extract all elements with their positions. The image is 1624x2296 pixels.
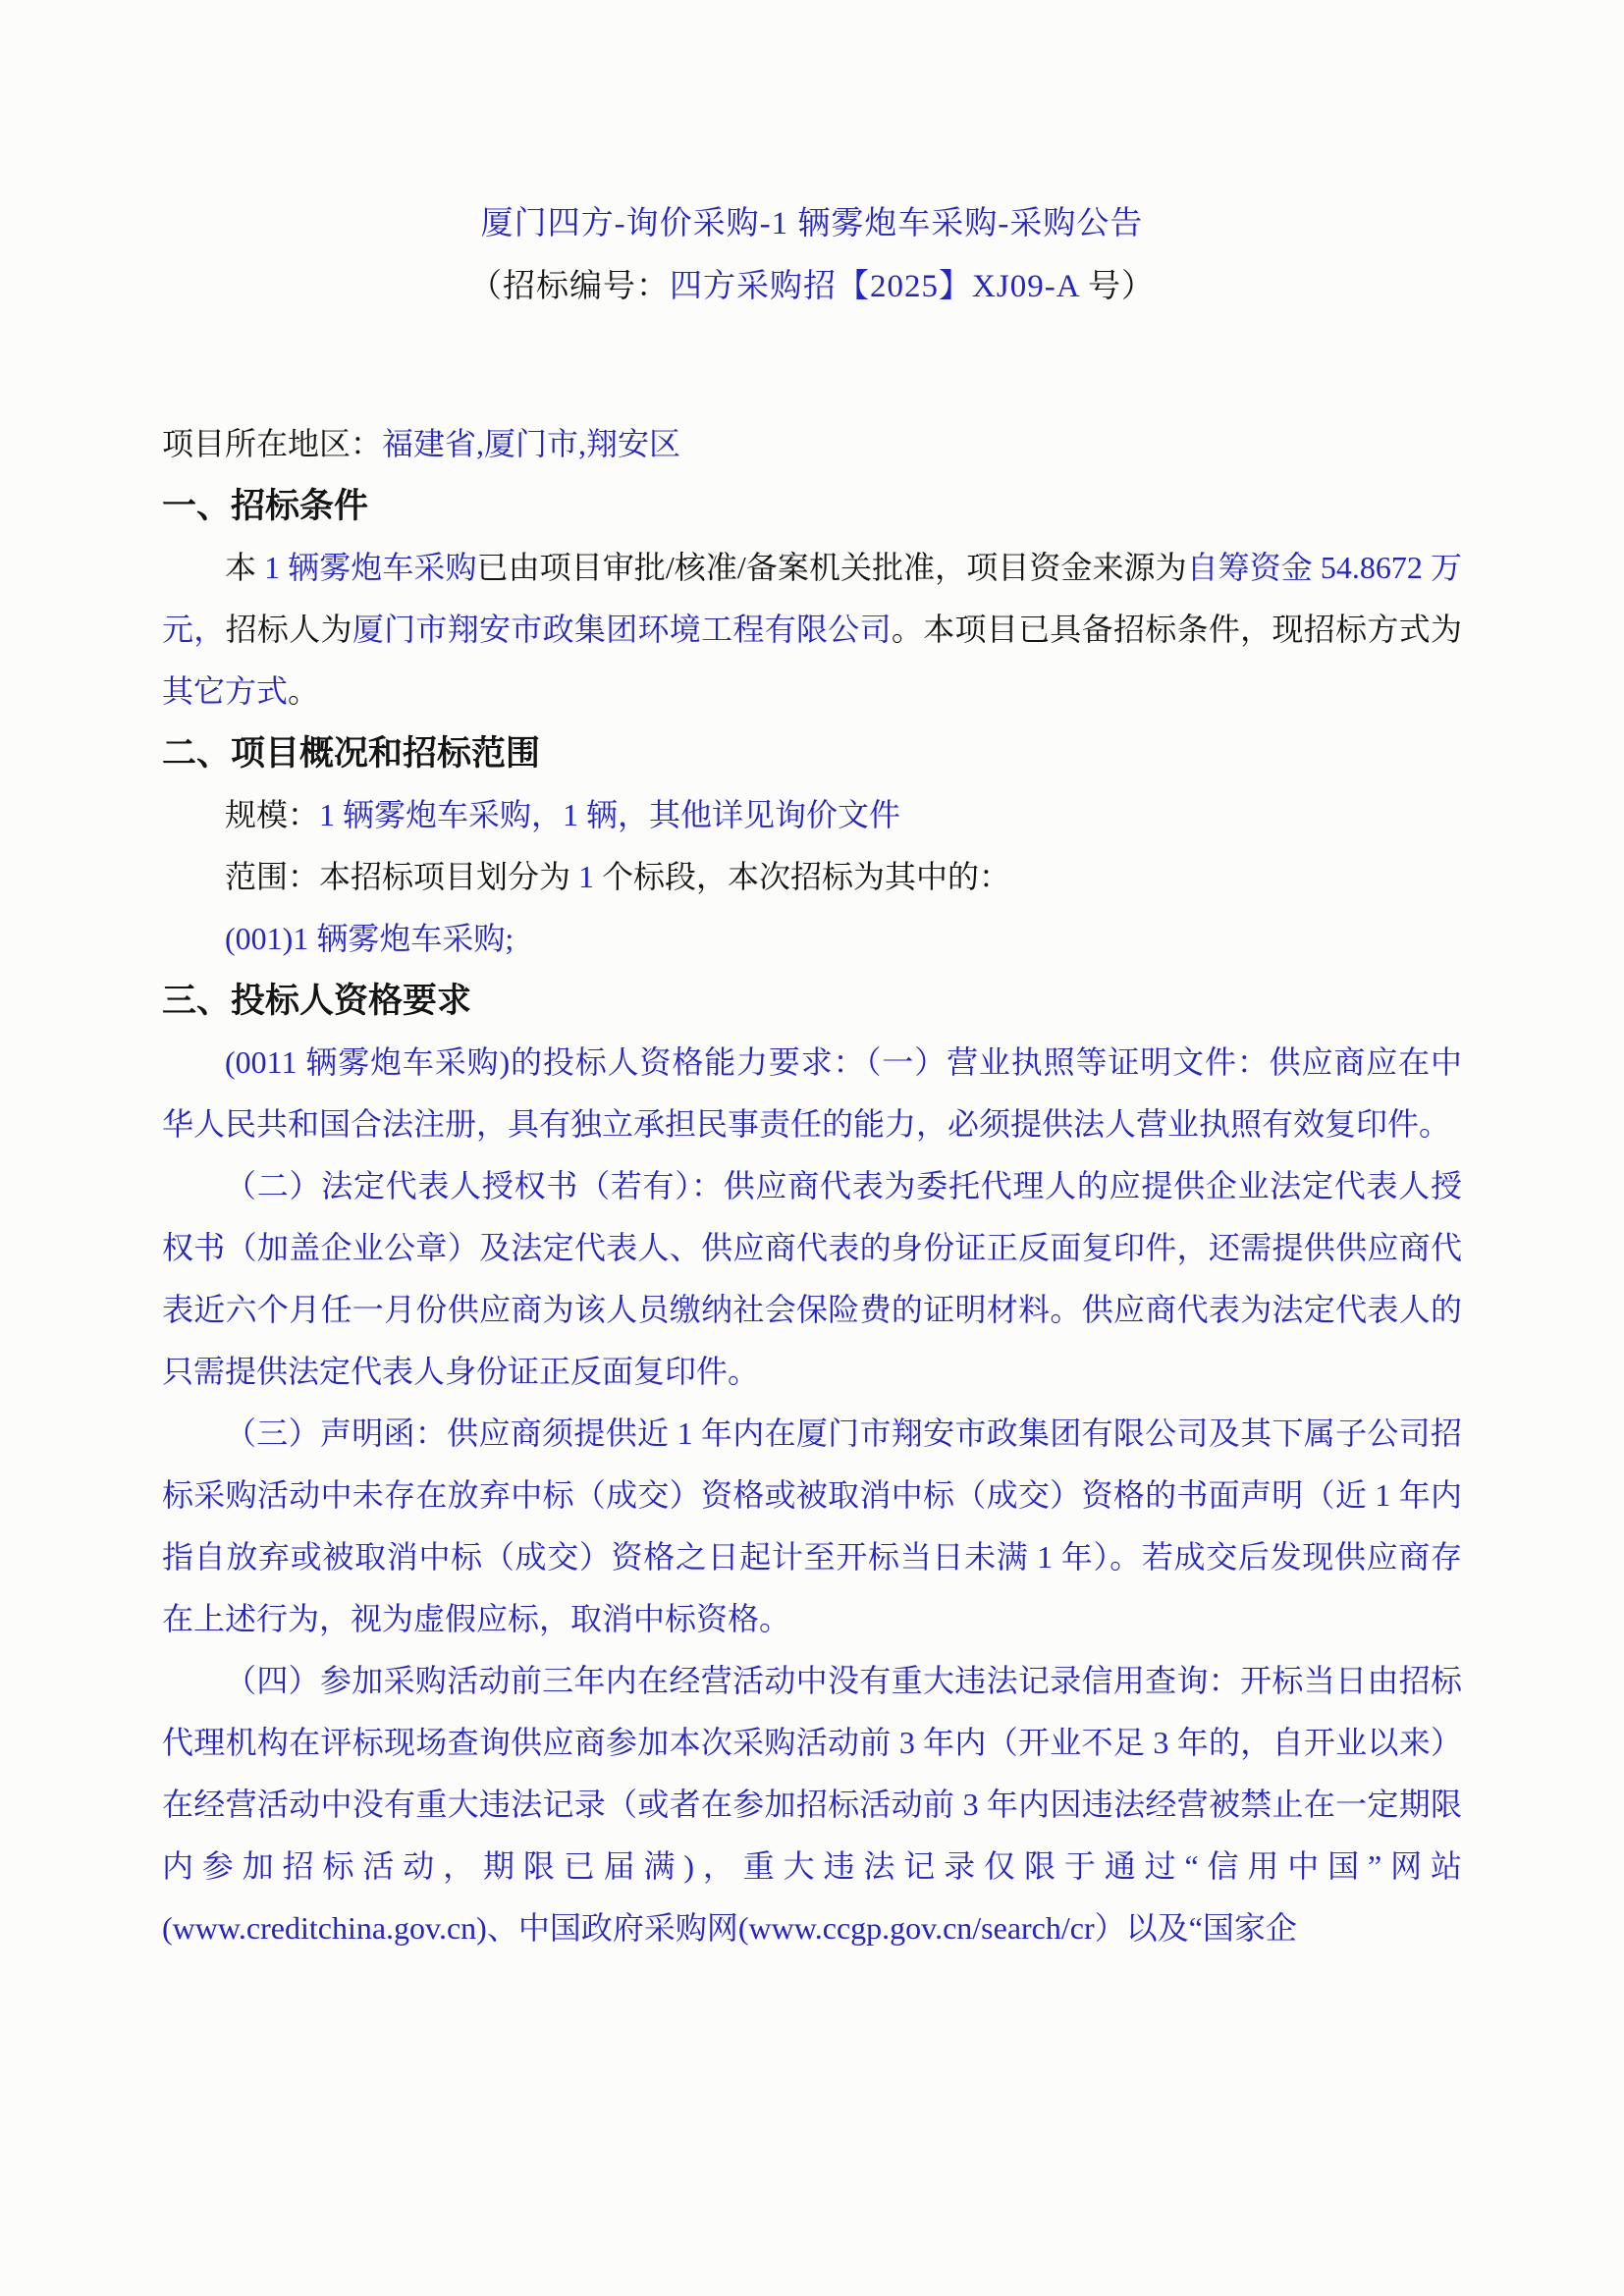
paragraph: 本 1 辆雾炮车采购已由项目审批/核准/备案机关批准，项目资金来源为自筹资金 5… bbox=[162, 537, 1462, 722]
highlighted-text: 四方采购招【2025】XJ09-A bbox=[670, 269, 1079, 304]
document-subtitle: （招标编号：四方采购招【2025】XJ09-A 号） bbox=[162, 265, 1462, 308]
plain-text: 。本项目已具备招标条件，现招标方式为 bbox=[892, 612, 1462, 647]
plain-text: 。 bbox=[288, 673, 319, 709]
field-line: 项目所在地区：福建省,厦门市,翔安区 bbox=[162, 413, 1462, 475]
paragraph: 规模：1 辆雾炮车采购，1 辆，其他详见询价文件 bbox=[162, 784, 1462, 846]
plain-text: 本 bbox=[225, 550, 264, 585]
document-page: 厦门四方-询价采购-1 辆雾炮车采购-采购公告 （招标编号：四方采购招【2025… bbox=[0, 0, 1624, 2296]
highlighted-text: （三）声明函：供应商须提供近 1 年内在厦门市翔安市政集团有限公司及其下属子公司… bbox=[162, 1415, 1462, 1636]
paragraph: (0011 辆雾炮车采购)的投标人资格能力要求：（一）营业执照等证明文件：供应商… bbox=[162, 1032, 1462, 1155]
highlighted-text: (0011 辆雾炮车采购)的投标人资格能力要求：（一）营业执照等证明文件：供应商… bbox=[162, 1044, 1462, 1142]
highlighted-text: （四）参加采购活动前三年内在经营活动中没有重大违法记录信用查询：开标当日由招标代… bbox=[162, 1663, 1462, 1946]
document-title: 厦门四方-询价采购-1 辆雾炮车采购-采购公告 bbox=[162, 202, 1462, 245]
paragraph: 范围：本招标项目划分为 1 个标段，本次招标为其中的： bbox=[162, 846, 1462, 908]
paragraph: （二）法定代表人授权书（若有）：供应商代表为委托代理人的应提供企业法定代表人授权… bbox=[162, 1155, 1462, 1403]
plain-text: 个标段，本次招标为其中的： bbox=[594, 859, 1010, 894]
section-heading: 三、投标人资格要求 bbox=[162, 970, 1462, 1032]
highlighted-text: 1 辆雾炮车采购 bbox=[264, 550, 476, 585]
highlighted-text: (001)1 辆雾炮车采购; bbox=[225, 921, 514, 956]
highlighted-text: 1 bbox=[578, 859, 594, 894]
paragraph: (001)1 辆雾炮车采购; bbox=[162, 908, 1462, 970]
plain-text: 项目所在地区： bbox=[162, 426, 382, 461]
highlighted-text: （二）法定代表人授权书（若有）：供应商代表为委托代理人的应提供企业法定代表人授权… bbox=[162, 1168, 1462, 1389]
plain-text: 招标人为 bbox=[226, 612, 352, 647]
plain-text: 号） bbox=[1079, 269, 1155, 304]
section-heading: 一、招标条件 bbox=[162, 475, 1462, 537]
section-heading: 二、项目概况和招标范围 bbox=[162, 722, 1462, 784]
highlighted-text: 1 辆雾炮车采购，1 辆，其他详见询价文件 bbox=[319, 797, 900, 832]
paragraph: （三）声明函：供应商须提供近 1 年内在厦门市翔安市政集团有限公司及其下属子公司… bbox=[162, 1403, 1462, 1650]
plain-text: （招标编号： bbox=[469, 269, 670, 304]
plain-text: 已由项目审批/核准/备案机关批准，项目资金来源为 bbox=[477, 550, 1187, 585]
highlighted-text: 厦门市翔安市政集团环境工程有限公司 bbox=[352, 612, 892, 647]
paragraph: （四）参加采购活动前三年内在经营活动中没有重大违法记录信用查询：开标当日由招标代… bbox=[162, 1650, 1462, 1959]
plain-text: 范围：本招标项目划分为 bbox=[225, 859, 578, 894]
plain-text: 规模： bbox=[225, 797, 319, 832]
highlighted-text: 福建省,厦门市,翔安区 bbox=[382, 426, 680, 461]
document-body: 项目所在地区：福建省,厦门市,翔安区一、招标条件本 1 辆雾炮车采购已由项目审批… bbox=[162, 413, 1462, 1959]
highlighted-text: 其它方式 bbox=[162, 673, 288, 709]
document-content: 厦门四方-询价采购-1 辆雾炮车采购-采购公告 （招标编号：四方采购招【2025… bbox=[162, 202, 1462, 1959]
